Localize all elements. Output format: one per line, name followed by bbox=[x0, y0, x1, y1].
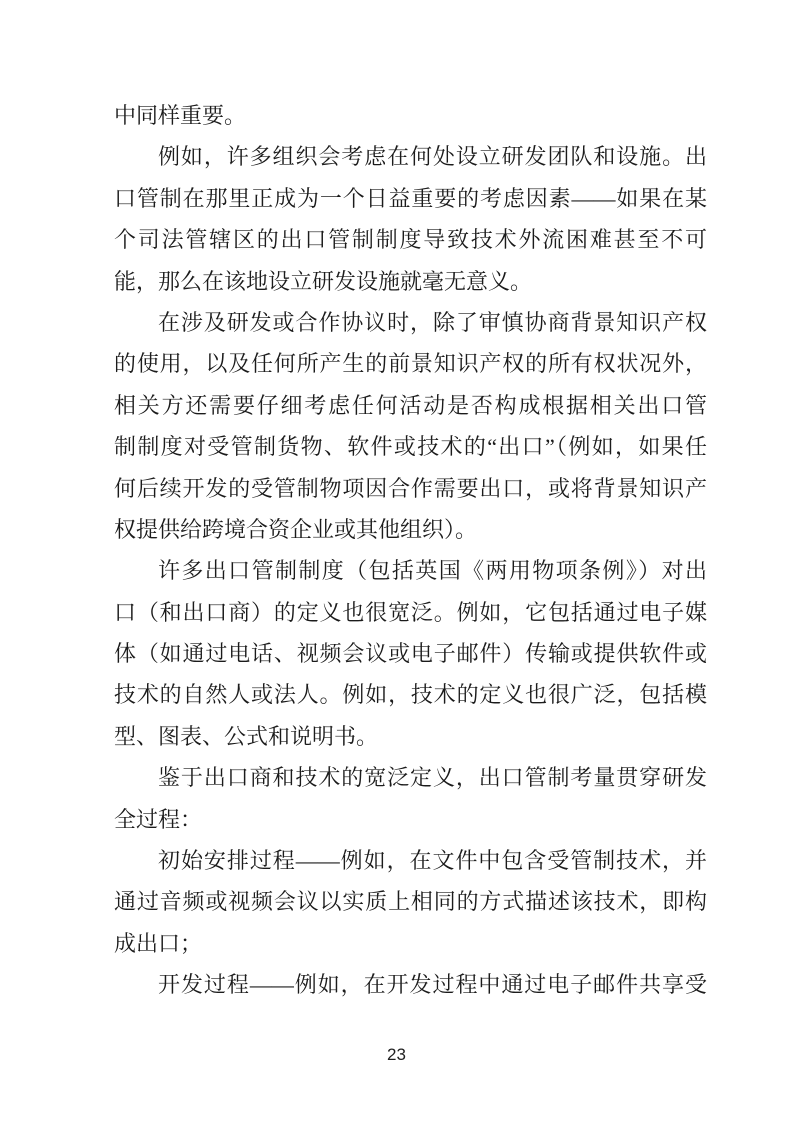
text-line: 口（和出口商）的定义也很宽泛。例如，它包括通过电子媒 bbox=[114, 592, 707, 633]
text-line: 成出口； bbox=[114, 923, 707, 964]
text-line: 何后续开发的受管制物项因合作需要出口，或将背景知识产 bbox=[114, 468, 707, 509]
text-line: 能，那么在该地设立研发设施就毫无意义。 bbox=[114, 261, 707, 302]
text-line: 权提供给跨境合资企业或其他组织）。 bbox=[114, 509, 707, 550]
text-line: 制制度对受管制货物、软件或技术的“出口”（例如，如果任 bbox=[114, 426, 707, 467]
text-line: 的使用，以及任何所产生的前景知识产权的所有权状况外， bbox=[114, 343, 707, 384]
text-line: 全过程： bbox=[114, 799, 707, 840]
text-line: 型、图表、公式和说明书。 bbox=[114, 716, 707, 757]
text-line: 例如，许多组织会考虑在何处设立研发团队和设施。出 bbox=[114, 136, 707, 177]
document-page: 中同样重要。例如，许多组织会考虑在何处设立研发团队和设施。出口管制在那里正成为一… bbox=[0, 0, 793, 1122]
text-line: 鉴于出口商和技术的宽泛定义，出口管制考量贯穿研发 bbox=[114, 757, 707, 798]
text-line: 开发过程——例如，在开发过程中通过电子邮件共享受 bbox=[114, 964, 707, 1005]
text-line: 个司法管辖区的出口管制制度导致技术外流困难甚至不可 bbox=[114, 219, 707, 260]
page-number: 23 bbox=[0, 1045, 793, 1065]
text-line: 相关方还需要仔细考虑任何活动是否构成根据相关出口管 bbox=[114, 385, 707, 426]
text-line: 许多出口管制制度（包括英国《两用物项条例》）对出 bbox=[114, 550, 707, 591]
text-line: 技术的自然人或法人。例如，技术的定义也很广泛，包括模 bbox=[114, 674, 707, 715]
text-line: 在涉及研发或合作协议时，除了审慎协商背景知识产权 bbox=[114, 302, 707, 343]
text-line: 通过音频或视频会议以实质上相同的方式描述该技术，即构 bbox=[114, 881, 707, 922]
text-line: 体（如通过电话、视频会议或电子邮件）传输或提供软件或 bbox=[114, 633, 707, 674]
text-line: 初始安排过程——例如，在文件中包含受管制技术，并 bbox=[114, 840, 707, 881]
document-body: 中同样重要。例如，许多组织会考虑在何处设立研发团队和设施。出口管制在那里正成为一… bbox=[114, 95, 707, 1006]
text-line: 中同样重要。 bbox=[114, 95, 707, 136]
text-line: 口管制在那里正成为一个日益重要的考虑因素——如果在某 bbox=[114, 178, 707, 219]
